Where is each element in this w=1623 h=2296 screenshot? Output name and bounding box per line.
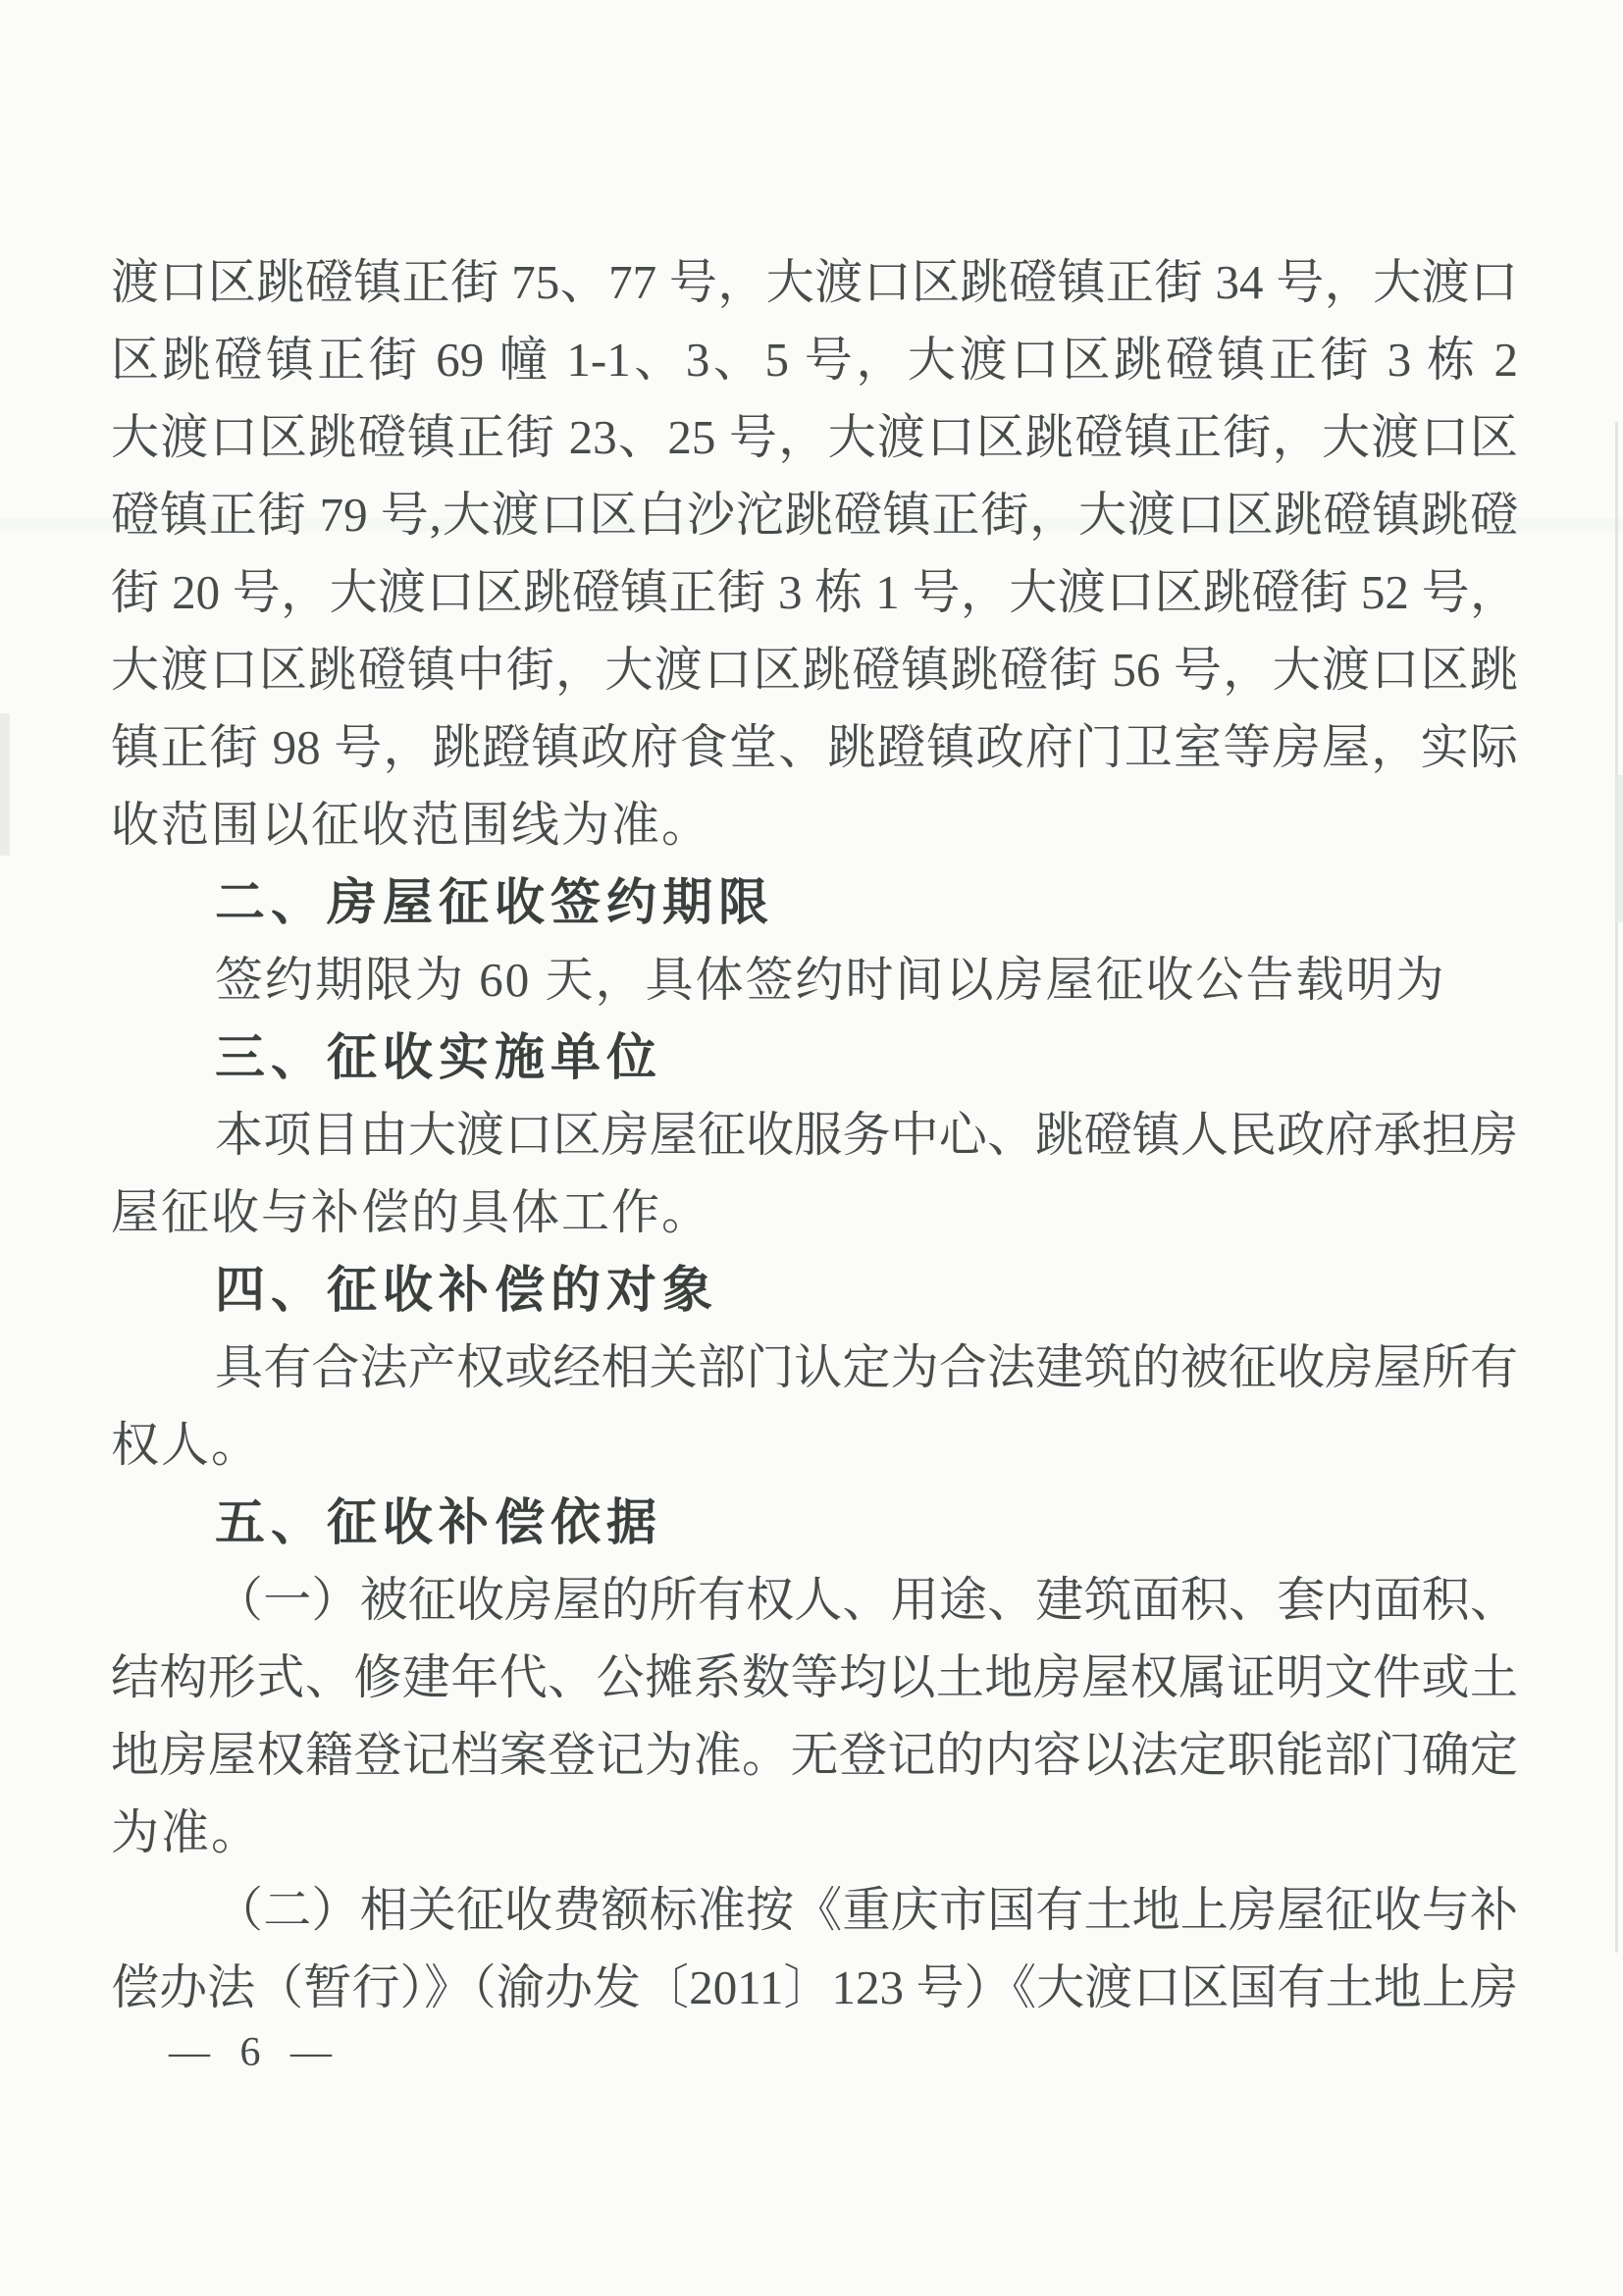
document-page: 渡口区跳磴镇正街 75、77 号，大渡口区跳磴镇正街 34 号，大渡口区跳磴镇正… — [0, 0, 1623, 2296]
text-line: 镇正街 98 号，跳蹬镇政府食堂、跳蹬镇政府门卫室等房屋，实际征 — [111, 708, 1518, 786]
section-heading: 三、征收实施单位 — [111, 1018, 1518, 1096]
section-heading: 二、房屋征收签约期限 — [111, 863, 1518, 941]
text-line: 大渡口区跳磴镇中街，大渡口区跳磴镇跳磴街 56 号，大渡口区跳磴 — [111, 631, 1518, 708]
text-line: 大渡口区跳磴镇正街 23、25 号，大渡口区跳磴镇正街，大渡口区跳 — [111, 398, 1518, 476]
text-line: 渡口区跳磴镇正街 75、77 号，大渡口区跳磴镇正街 34 号，大渡口 — [111, 243, 1518, 321]
section-heading: 五、征收补偿依据 — [111, 1484, 1518, 1561]
page-number: — 6 — — [169, 2023, 341, 2082]
text-line: 磴镇正街 79 号,大渡口区白沙沱跳磴镇正街，大渡口区跳磴镇跳磴 — [111, 476, 1518, 553]
text-line: 收范围以征收范围线为准。 — [111, 786, 1518, 863]
scan-artifact-right-edge-tint — [1615, 775, 1623, 922]
text-line: 为准。 — [111, 1794, 1518, 1871]
text-line: （二）相关征收费额标准按《重庆市国有土地上房屋征收与补 — [111, 1871, 1518, 1949]
text-block: 渡口区跳磴镇正街 75、77 号，大渡口区跳磴镇正街 34 号，大渡口区跳磴镇正… — [111, 243, 1518, 2026]
text-line: 具有合法产权或经相关部门认定为合法建筑的被征收房屋所有 — [111, 1329, 1518, 1406]
text-line: 街 20 号，大渡口区跳磴镇正街 3 栋 1 号，大渡口区跳磴街 52 号， — [111, 553, 1518, 631]
text-line: 签约期限为 60 天，具体签约时间以房屋征收公告载明为准。 — [111, 941, 1518, 1018]
section-heading: 四、征收补偿的对象 — [111, 1251, 1518, 1329]
text-line: 本项目由大渡口区房屋征收服务中心、跳磴镇人民政府承担房 — [111, 1096, 1518, 1174]
text-line: 区跳磴镇正街 69 幢 1-1、3、5 号，大渡口区跳磴镇正街 3 栋 2 号， — [111, 321, 1518, 398]
text-line: 权人。 — [111, 1406, 1518, 1484]
text-line: （一）被征收房屋的所有权人、用途、建筑面积、套内面积、 — [111, 1561, 1518, 1639]
text-line: 屋征收与补偿的具体工作。 — [111, 1174, 1518, 1251]
scan-artifact-right-edge-line — [1615, 422, 1618, 1953]
text-line: 地房屋权籍登记档案登记为准。无登记的内容以法定职能部门确定 — [111, 1716, 1518, 1794]
text-line: 结构形式、修建年代、公摊系数等均以土地房屋权属证明文件或土 — [111, 1639, 1518, 1716]
text-line: 偿办法（暂行）》（渝办发〔2011〕123 号）《大渡口区国有土地上房 — [111, 1949, 1518, 2026]
scan-artifact-left-edge — [0, 713, 10, 856]
